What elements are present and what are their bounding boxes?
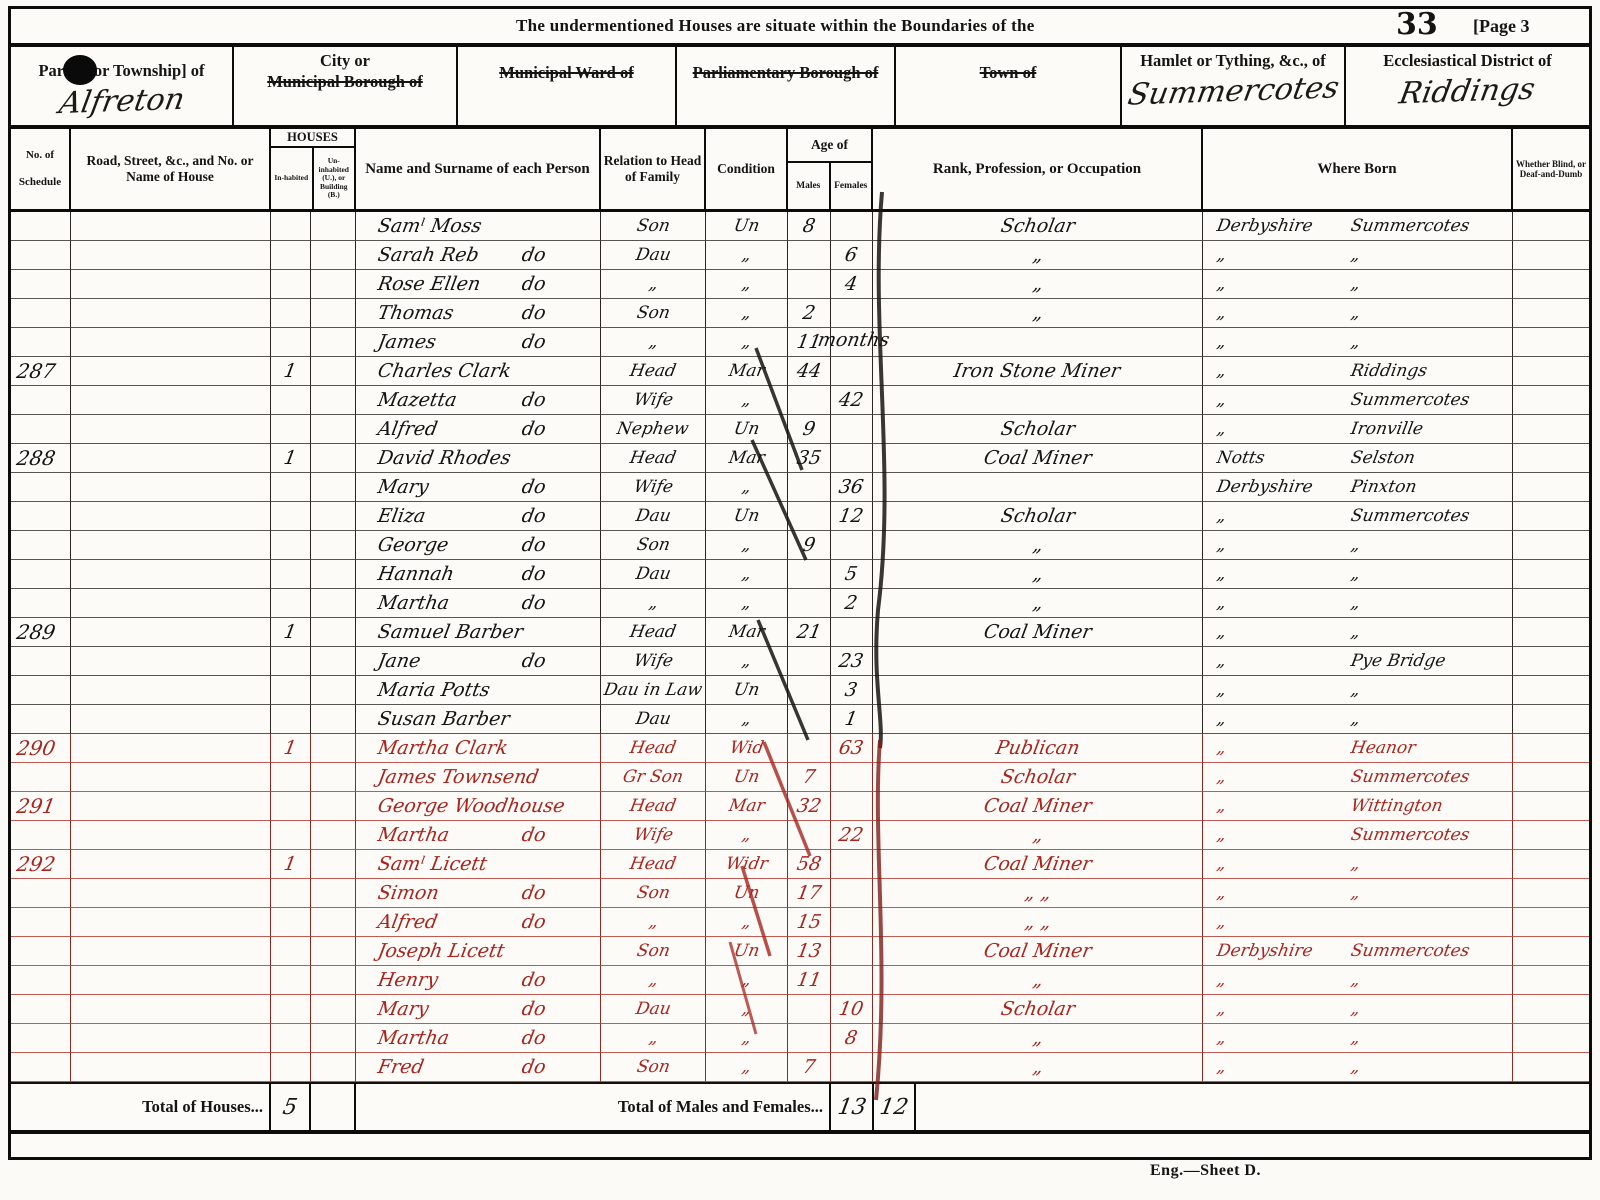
cell-where-born: „„ <box>1203 850 1513 879</box>
cell-road <box>71 473 271 502</box>
cell-name: Samˡ Moss <box>356 212 601 241</box>
cell-uninhabited <box>311 966 356 995</box>
cell-uninhabited <box>311 908 356 937</box>
table-row: Rose Ellendo „ „ 4 „ „„ <box>11 270 1589 299</box>
total-houses-label: Total of Houses... <box>71 1084 271 1130</box>
cell-relation: Head <box>601 850 706 879</box>
col-age-group: Age of Males Females <box>788 129 873 209</box>
district-header: Parish [or Township] of Alfreton City or… <box>11 47 1589 129</box>
cell-age-females: 42 <box>831 386 873 415</box>
cell-road <box>71 734 271 763</box>
cell-condition: Un <box>706 212 788 241</box>
cell-schedule <box>11 879 71 908</box>
cell-uninhabited <box>311 212 356 241</box>
ecclesiastical-cell: Ecclesiastical District of Riddings <box>1346 47 1589 125</box>
cell-where-born: „„ <box>1203 531 1513 560</box>
cell-age-males <box>788 676 831 705</box>
cell-uninhabited <box>311 299 356 328</box>
cell-inhabited <box>271 328 311 357</box>
cell-age-females: 10 <box>831 995 873 1024</box>
cell-condition: Widr <box>706 850 788 879</box>
cell-road <box>71 705 271 734</box>
cell-condition: Un <box>706 763 788 792</box>
cell-blind <box>1513 299 1589 328</box>
cell-uninhabited <box>311 879 356 908</box>
cell-age-females <box>831 908 873 937</box>
table-row: Hannahdo Dau „ 5 „ „„ <box>11 560 1589 589</box>
cell-condition: „ <box>706 1024 788 1053</box>
cell-blind <box>1513 995 1589 1024</box>
cell-inhabited <box>271 879 311 908</box>
cell-age-females: 23 <box>831 647 873 676</box>
cell-where-born: „„ <box>1203 241 1513 270</box>
table-row: Marydo Wife „ 36 DerbyshirePinxton <box>11 473 1589 502</box>
cell-blind <box>1513 618 1589 647</box>
table-row: James Townsend Gr Son Un 7 Scholar „Summ… <box>11 763 1589 792</box>
cell-where-born: „„ <box>1203 299 1513 328</box>
cell-blind <box>1513 676 1589 705</box>
cell-road <box>71 763 271 792</box>
cell-age-females: 1 <box>831 705 873 734</box>
col-schedule: No. ofSchedule <box>11 129 71 209</box>
cell-where-born: „„ <box>1203 1024 1513 1053</box>
cell-schedule: 289 <box>11 618 71 647</box>
cell-occupation <box>873 386 1203 415</box>
cell-condition: Mar <box>706 444 788 473</box>
cell-schedule <box>11 821 71 850</box>
cell-age-males <box>788 734 831 763</box>
borough-cell: City or Municipal Borough of <box>234 47 458 125</box>
cell-where-born: „„ <box>1203 995 1513 1024</box>
cell-where-born: „Summercotes <box>1203 763 1513 792</box>
col-name: Name and Surname of each Person <box>356 129 601 209</box>
cell-schedule <box>11 328 71 357</box>
cell-name: Charles Clark <box>356 357 601 386</box>
cell-inhabited <box>271 966 311 995</box>
cell-blind <box>1513 821 1589 850</box>
cell-where-born: „„ <box>1203 270 1513 299</box>
cell-occupation: „ <box>873 589 1203 618</box>
cell-blind <box>1513 734 1589 763</box>
cell-age-males: 9 <box>788 415 831 444</box>
cell-where-born: „Summercotes <box>1203 386 1513 415</box>
cell-inhabited <box>271 241 311 270</box>
cell-relation: Wife <box>601 821 706 850</box>
cell-uninhabited <box>311 734 356 763</box>
cell-uninhabited <box>311 821 356 850</box>
cell-blind <box>1513 589 1589 618</box>
cell-schedule <box>11 502 71 531</box>
cell-blind <box>1513 966 1589 995</box>
cell-blind <box>1513 763 1589 792</box>
cell-where-born: „„ <box>1203 560 1513 589</box>
cell-road <box>71 386 271 415</box>
parish-value: Alfreton <box>56 81 187 120</box>
cell-inhabited <box>271 560 311 589</box>
cell-where-born: „„ <box>1203 1053 1513 1082</box>
cell-condition: Un <box>706 502 788 531</box>
cell-where-born: „„ <box>1203 589 1513 618</box>
cell-name: Mazettado <box>356 386 601 415</box>
total-males-value: 13 <box>831 1084 874 1130</box>
table-row: Janedo Wife „ 23 „Pye Bridge <box>11 647 1589 676</box>
cell-schedule <box>11 763 71 792</box>
cell-relation: Dau in Law <box>601 676 706 705</box>
cell-road <box>71 995 271 1024</box>
cell-inhabited <box>271 502 311 531</box>
cell-age-females <box>831 1053 873 1082</box>
cell-uninhabited <box>311 618 356 647</box>
cell-age-females <box>831 937 873 966</box>
cell-road <box>71 676 271 705</box>
table-row: 291 George Woodhouse Head Mar 32 Coal Mi… <box>11 792 1589 821</box>
cell-uninhabited <box>311 241 356 270</box>
cell-age-females: 22 <box>831 821 873 850</box>
cell-condition: Un <box>706 676 788 705</box>
table-row: Marthado Wife „ 22 „ „Summercotes <box>11 821 1589 850</box>
cell-age-females: 2 <box>831 589 873 618</box>
cell-where-born: „„ <box>1203 705 1513 734</box>
cell-blind <box>1513 879 1589 908</box>
cell-name: Joseph Licett <box>356 937 601 966</box>
cell-age-females: 3 <box>831 676 873 705</box>
cell-age-males: 11 <box>788 966 831 995</box>
cell-road <box>71 328 271 357</box>
cell-age-males: 35 <box>788 444 831 473</box>
cell-occupation: „ <box>873 1024 1203 1053</box>
cell-road <box>71 966 271 995</box>
cell-name: Jamesdo <box>356 328 601 357</box>
cell-name: Maria Potts <box>356 676 601 705</box>
cell-occupation: Scholar <box>873 995 1203 1024</box>
cell-occupation: Coal Miner <box>873 937 1203 966</box>
cell-age-males: 17 <box>788 879 831 908</box>
cell-where-born: NottsSelston <box>1203 444 1513 473</box>
cell-blind <box>1513 444 1589 473</box>
cell-inhabited <box>271 821 311 850</box>
cell-where-born: DerbyshireSummercotes <box>1203 212 1513 241</box>
cell-name: Marthado <box>356 589 601 618</box>
cell-blind <box>1513 850 1589 879</box>
cell-schedule <box>11 299 71 328</box>
cell-blind <box>1513 531 1589 560</box>
cell-occupation <box>873 676 1203 705</box>
col-females: Females <box>831 163 872 209</box>
cell-condition: Un <box>706 415 788 444</box>
cell-schedule <box>11 560 71 589</box>
cell-blind <box>1513 415 1589 444</box>
cell-occupation: „ <box>873 560 1203 589</box>
cell-relation: „ <box>601 589 706 618</box>
cell-inhabited: 1 <box>271 357 311 386</box>
engraver-note: Eng.—Sheet D. <box>1150 1162 1261 1180</box>
cell-blind <box>1513 1024 1589 1053</box>
cell-schedule <box>11 270 71 299</box>
cell-inhabited: 1 <box>271 444 311 473</box>
totals-gap1 <box>311 1084 356 1130</box>
ecclesiastical-value: Riddings <box>1397 71 1538 111</box>
cell-name: Henrydo <box>356 966 601 995</box>
cell-blind <box>1513 908 1589 937</box>
cell-schedule <box>11 473 71 502</box>
cell-relation: Dau <box>601 705 706 734</box>
col-occupation: Rank, Profession, or Occupation <box>873 129 1203 209</box>
cell-age-males <box>788 270 831 299</box>
cell-condition: „ <box>706 270 788 299</box>
cell-age-males: 7 <box>788 763 831 792</box>
cell-schedule <box>11 966 71 995</box>
cell-age-males: 44 <box>788 357 831 386</box>
col-houses-group: HOUSES In-habited Un-inhabited (U.), or … <box>271 129 356 209</box>
table-row: 288 1 David Rhodes Head Mar 35 Coal Mine… <box>11 444 1589 473</box>
col-males: Males <box>788 163 831 209</box>
cell-relation: Head <box>601 618 706 647</box>
cell-occupation: „ <box>873 821 1203 850</box>
cell-occupation: Scholar <box>873 763 1203 792</box>
col-born: Where Born <box>1203 129 1513 209</box>
cell-uninhabited <box>311 937 356 966</box>
cell-age-females <box>831 850 873 879</box>
cell-uninhabited <box>311 1024 356 1053</box>
cell-condition: „ <box>706 908 788 937</box>
cell-road <box>71 444 271 473</box>
cell-condition: Wid <box>706 734 788 763</box>
cell-relation: Son <box>601 299 706 328</box>
ward-cell: Municipal Ward of <box>458 47 677 125</box>
cell-road <box>71 357 271 386</box>
cell-name: Rose Ellendo <box>356 270 601 299</box>
cell-road <box>71 531 271 560</box>
cell-uninhabited <box>311 386 356 415</box>
cell-uninhabited <box>311 473 356 502</box>
ink-blot <box>63 55 97 85</box>
cell-occupation: „ <box>873 270 1203 299</box>
cell-blind <box>1513 357 1589 386</box>
cell-age-males <box>788 560 831 589</box>
cell-inhabited <box>271 415 311 444</box>
cell-occupation: „ <box>873 1053 1203 1082</box>
cell-name: Susan Barber <box>356 705 601 734</box>
cell-relation: Son <box>601 937 706 966</box>
table-row: Sarah Rebdo Dau „ 6 „ „„ <box>11 241 1589 270</box>
cell-road <box>71 589 271 618</box>
cell-age-males: 58 <box>788 850 831 879</box>
cell-uninhabited <box>311 676 356 705</box>
cell-uninhabited <box>311 1053 356 1082</box>
cell-relation: „ <box>601 1024 706 1053</box>
cell-road <box>71 879 271 908</box>
cell-uninhabited <box>311 415 356 444</box>
cell-blind <box>1513 792 1589 821</box>
table-row: Samˡ Moss Son Un 8 Scholar DerbyshireSum… <box>11 212 1589 241</box>
cell-name: Thomasdo <box>356 299 601 328</box>
cell-relation: „ <box>601 328 706 357</box>
cell-where-born: „„ <box>1203 879 1513 908</box>
cell-relation: Gr Son <box>601 763 706 792</box>
cell-blind <box>1513 473 1589 502</box>
cell-blind <box>1513 386 1589 415</box>
cell-name: Georgedo <box>356 531 601 560</box>
cell-relation: Son <box>601 1053 706 1082</box>
cell-name: Alfreddo <box>356 415 601 444</box>
cell-name: Sarah Rebdo <box>356 241 601 270</box>
cell-blind <box>1513 937 1589 966</box>
cell-age-females <box>831 966 873 995</box>
table-row: Thomasdo Son „ 2 „ „„ <box>11 299 1589 328</box>
cell-inhabited <box>271 473 311 502</box>
cell-schedule <box>11 531 71 560</box>
sheet-number: 33 <box>1396 7 1438 42</box>
table-row: Georgedo Son „ 9 „ „„ <box>11 531 1589 560</box>
cell-inhabited <box>271 589 311 618</box>
cell-age-males <box>788 821 831 850</box>
cell-inhabited <box>271 531 311 560</box>
cell-occupation <box>873 647 1203 676</box>
cell-relation: Son <box>601 879 706 908</box>
cell-age-females: 4 <box>831 270 873 299</box>
cell-inhabited <box>271 763 311 792</box>
cell-occupation: Scholar <box>873 212 1203 241</box>
cell-where-born: DerbyshireSummercotes <box>1203 937 1513 966</box>
cell-schedule <box>11 908 71 937</box>
cell-road <box>71 299 271 328</box>
cell-schedule <box>11 647 71 676</box>
table-row: Joseph Licett Son Un 13 Coal Miner Derby… <box>11 937 1589 966</box>
cell-inhabited: 1 <box>271 618 311 647</box>
cell-condition: „ <box>706 241 788 270</box>
cell-inhabited <box>271 270 311 299</box>
cell-inhabited <box>271 995 311 1024</box>
cell-age-males: 8 <box>788 212 831 241</box>
cell-age-males <box>788 589 831 618</box>
cell-blind <box>1513 560 1589 589</box>
cell-where-born: „Ironville <box>1203 415 1513 444</box>
cell-inhabited <box>271 1024 311 1053</box>
cell-road <box>71 241 271 270</box>
cell-name: James Townsend <box>356 763 601 792</box>
cell-occupation: „ <box>873 966 1203 995</box>
cell-occupation: Coal Miner <box>873 618 1203 647</box>
table-row: Alfreddo Nephew Un 9 Scholar „Ironville <box>11 415 1589 444</box>
cell-age-males: 13 <box>788 937 831 966</box>
col-blind: Whether Blind, or Deaf-and-Dumb <box>1513 129 1589 209</box>
table-row: Elizado Dau Un 12 Scholar „Summercotes <box>11 502 1589 531</box>
cell-where-born: „ <box>1203 908 1513 937</box>
cell-name: Marydo <box>356 473 601 502</box>
cell-occupation: Scholar <box>873 502 1203 531</box>
cell-condition: „ <box>706 589 788 618</box>
cell-occupation: Scholar <box>873 415 1203 444</box>
cell-occupation: „ <box>873 241 1203 270</box>
cell-road <box>71 647 271 676</box>
cell-age-males <box>788 386 831 415</box>
cell-age-males: 32 <box>788 792 831 821</box>
cell-where-born: „„ <box>1203 676 1513 705</box>
table-row: Simondo Son Un 17 „ „ „„ <box>11 879 1589 908</box>
cell-uninhabited <box>311 531 356 560</box>
cell-occupation: Coal Miner <box>873 792 1203 821</box>
hamlet-cell: Hamlet or Tything, &c., of Summercotes <box>1122 47 1346 125</box>
hamlet-value: Summercotes <box>1125 70 1342 112</box>
cell-age-females <box>831 792 873 821</box>
cell-road <box>71 850 271 879</box>
cell-uninhabited <box>311 444 356 473</box>
cell-road <box>71 821 271 850</box>
cell-inhabited <box>271 386 311 415</box>
cell-name: George Woodhouse <box>356 792 601 821</box>
cell-relation: Son <box>601 531 706 560</box>
cell-occupation: „ „ <box>873 879 1203 908</box>
cell-age-females: 63 <box>831 734 873 763</box>
cell-road <box>71 937 271 966</box>
cell-age-males <box>788 473 831 502</box>
cell-schedule <box>11 1053 71 1082</box>
cell-age-males: 9 <box>788 531 831 560</box>
cell-occupation <box>873 473 1203 502</box>
cell-uninhabited <box>311 995 356 1024</box>
cell-blind <box>1513 212 1589 241</box>
cell-age-females <box>831 212 873 241</box>
cell-inhabited <box>271 792 311 821</box>
cell-inhabited <box>271 705 311 734</box>
census-sheet: The undermentioned Houses are situate wi… <box>0 0 1600 1200</box>
col-road: Road, Street, &c., and No. or Name of Ho… <box>71 129 271 209</box>
cell-blind <box>1513 502 1589 531</box>
cell-road <box>71 502 271 531</box>
cell-relation: Dau <box>601 502 706 531</box>
cell-blind <box>1513 1053 1589 1082</box>
cell-relation: Dau <box>601 241 706 270</box>
table-row: Jamesdo „ „ 11months „„ <box>11 328 1589 357</box>
cell-condition: Un <box>706 879 788 908</box>
cell-condition: „ <box>706 299 788 328</box>
cell-schedule <box>11 1024 71 1053</box>
cell-inhabited <box>271 908 311 937</box>
cell-where-born: „„ <box>1203 328 1513 357</box>
cell-uninhabited <box>311 357 356 386</box>
cell-age-females: 6 <box>831 241 873 270</box>
cell-condition: Mar <box>706 357 788 386</box>
cell-name: Marydo <box>356 995 601 1024</box>
cell-condition: „ <box>706 531 788 560</box>
cell-condition: „ <box>706 386 788 415</box>
cell-schedule <box>11 415 71 444</box>
parish-cell: Parish [or Township] of Alfreton <box>11 47 234 125</box>
table-row: 289 1 Samuel Barber Head Mar 21 Coal Min… <box>11 618 1589 647</box>
town-cell: Town of <box>896 47 1122 125</box>
table-row: Susan Barber Dau „ 1 „„ <box>11 705 1589 734</box>
cell-relation: „ <box>601 270 706 299</box>
cell-where-born: „„ <box>1203 966 1513 995</box>
col-relation: Relation to Head of Family <box>601 129 706 209</box>
cell-age-females: 8 <box>831 1024 873 1053</box>
table-row: Maria Potts Dau in Law Un 3 „„ <box>11 676 1589 705</box>
page-number-label: [Page 3 <box>1473 16 1529 37</box>
cell-age-males <box>788 241 831 270</box>
cell-condition: Mar <box>706 792 788 821</box>
cell-schedule: 291 <box>11 792 71 821</box>
col-inhabited: In-habited <box>271 148 314 209</box>
cell-name: Elizado <box>356 502 601 531</box>
table-row: 292 1 Samˡ Licett Head Widr 58 Coal Mine… <box>11 850 1589 879</box>
table-row: Marthado „ „ 8 „ „„ <box>11 1024 1589 1053</box>
cell-condition: „ <box>706 560 788 589</box>
cell-relation: Nephew <box>601 415 706 444</box>
cell-age-females: 36 <box>831 473 873 502</box>
table-row: Marydo Dau „ 10 Scholar „„ <box>11 995 1589 1024</box>
cell-occupation: Coal Miner <box>873 850 1203 879</box>
cell-road <box>71 1053 271 1082</box>
